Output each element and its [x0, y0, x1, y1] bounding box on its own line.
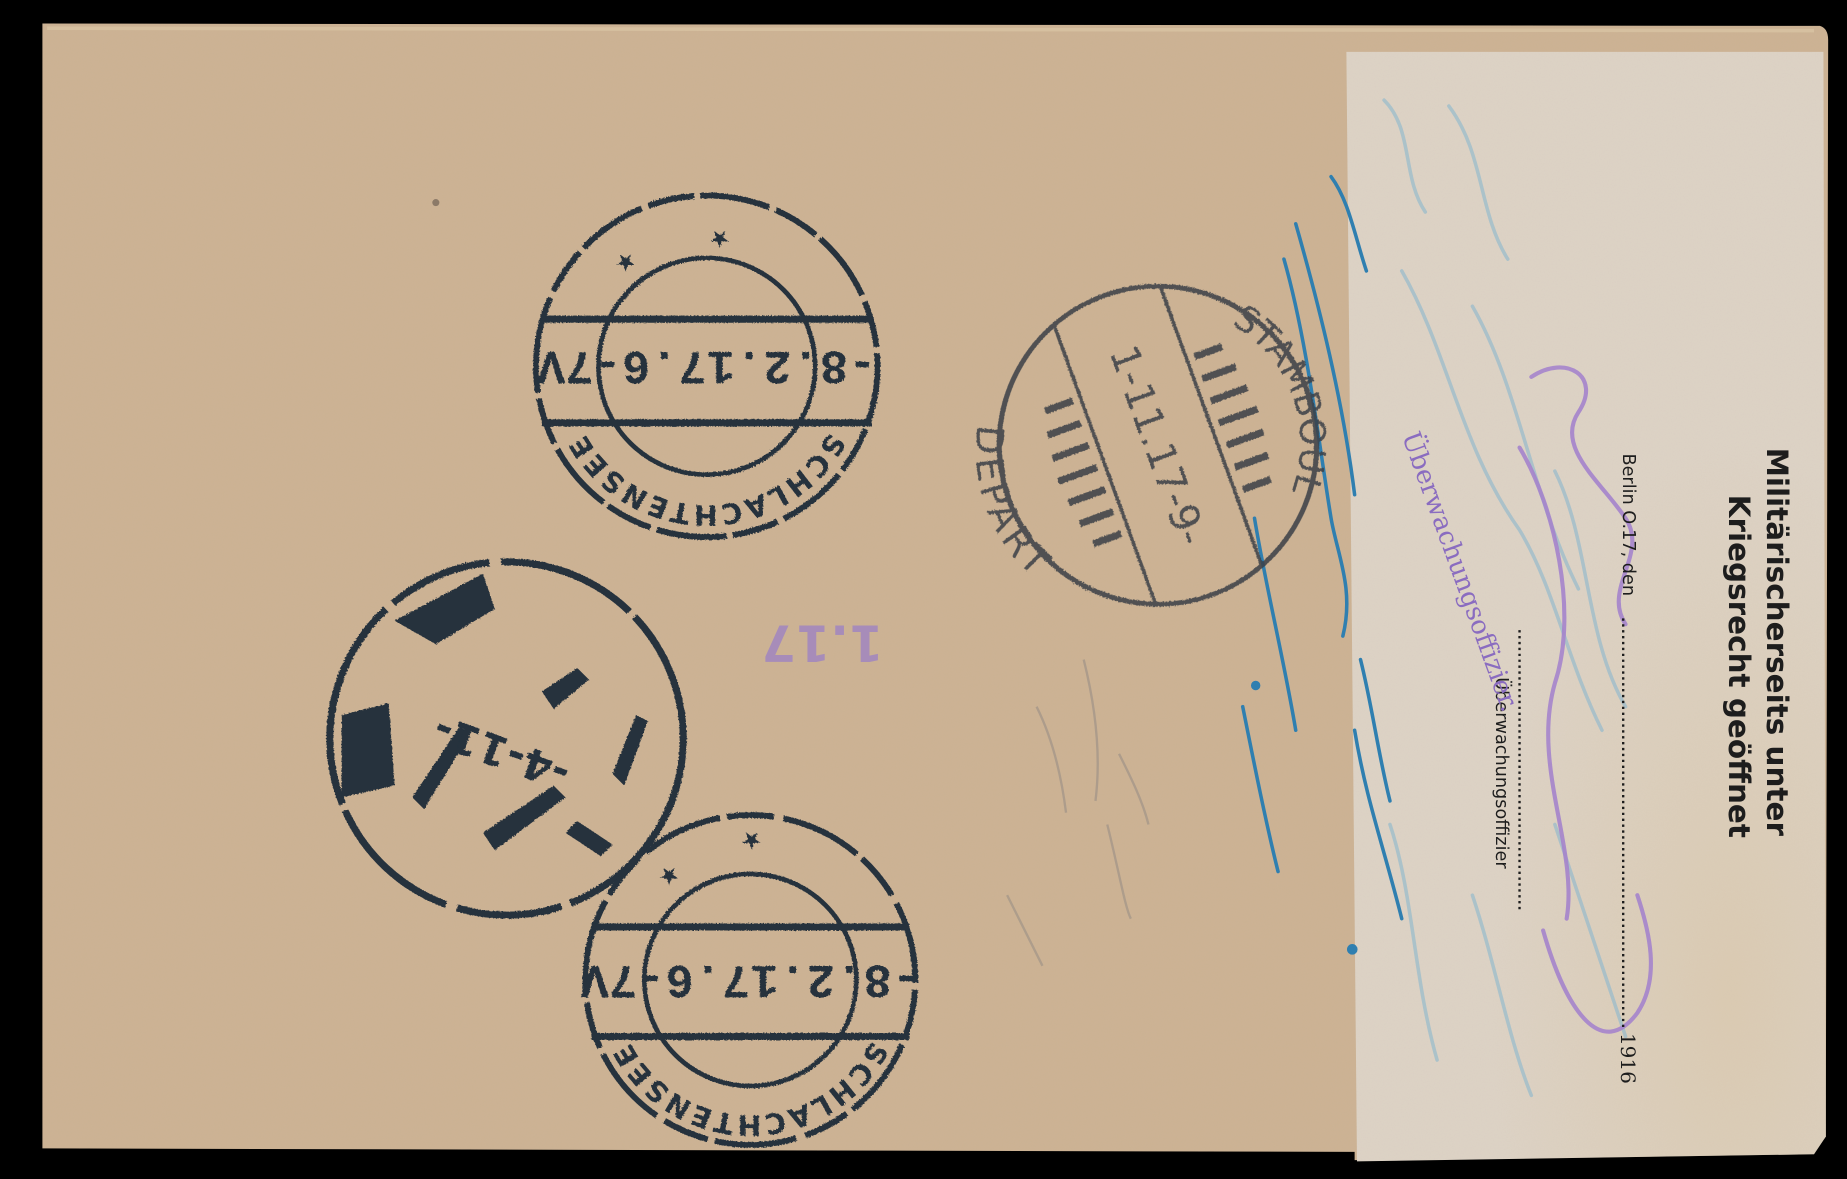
- envelope-photo: Militärischerseits unter Kriegsrecht geö…: [0, 0, 1847, 1179]
- svg-text:★: ★: [659, 862, 680, 890]
- censor-title-line1: Militärischerseits unter: [1760, 448, 1794, 837]
- lower-postmark-date: -8.2.17.6-7V: [580, 951, 920, 1004]
- svg-text:★: ★: [615, 248, 636, 276]
- violet-date-mark: 1.17: [761, 613, 883, 671]
- upper-postmark-date: -8.2.17.6-7V: [536, 337, 876, 390]
- censor-place-prefix: Berlin O.17, den: [1618, 453, 1638, 596]
- censor-title-line2: Kriegsrecht geöffnet: [1722, 495, 1756, 838]
- svg-text:★: ★: [709, 225, 730, 253]
- smudge: [432, 199, 439, 206]
- violet-date-text: 1.17: [761, 613, 883, 671]
- svg-text:★: ★: [741, 827, 762, 855]
- censor-year: 1916: [1616, 1033, 1640, 1084]
